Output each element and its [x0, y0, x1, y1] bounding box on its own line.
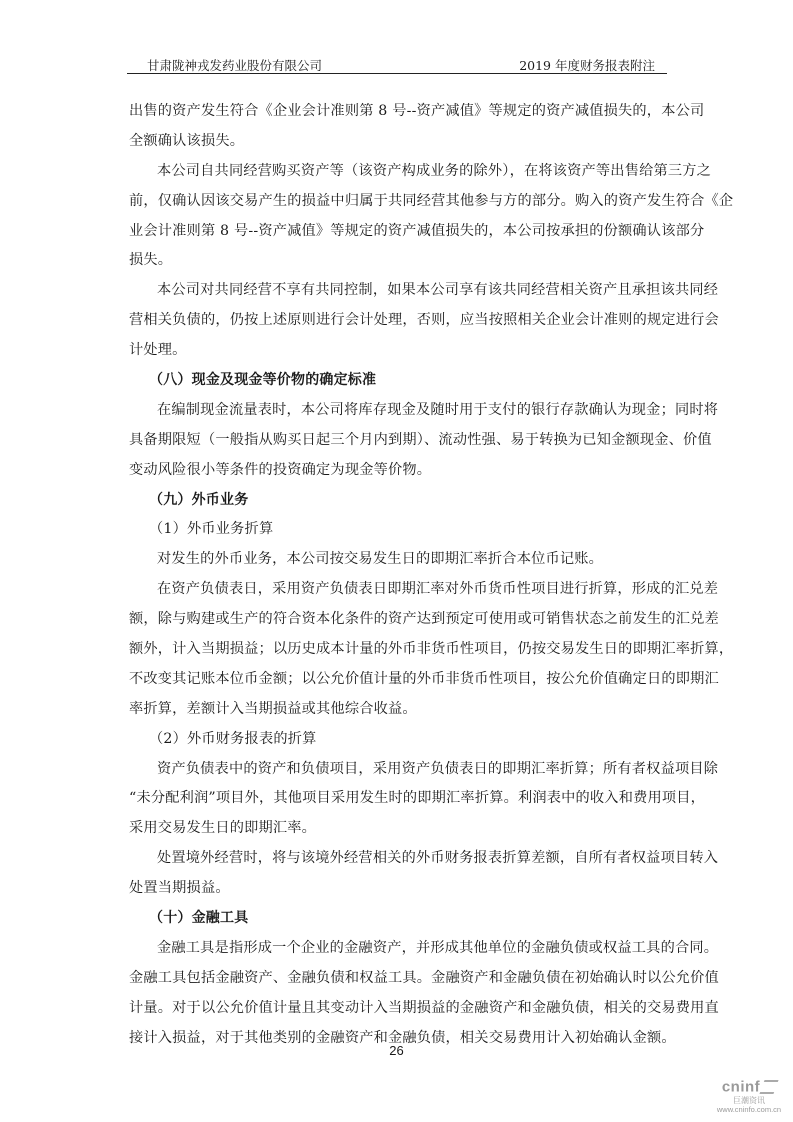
cninfo-url: www.cninfo.com.cn	[706, 1105, 792, 1114]
paragraph-line: 采用交易发生日的即期汇率。	[129, 814, 669, 844]
section-heading: （九）外币业务	[129, 486, 669, 516]
paragraph-line: 率折算，差额计入当期损益或其他综合收益。	[129, 695, 669, 725]
page-number: 26	[0, 1043, 793, 1058]
paragraph-line: 变动风险很小等条件的投资确定为现金等价物。	[129, 456, 669, 486]
paragraph-line: （1）外币业务折算	[129, 515, 669, 545]
paragraph-line: 本公司自共同经营购买资产等（该资产构成业务的除外），在将该资产等出售给第三方之	[129, 157, 669, 187]
paragraph-line: 出售的资产发生符合《企业会计准则第 8 号--资产减值》等规定的资产减值损失的，…	[129, 97, 669, 127]
paragraph-line: 金融工具包括金融资产、金融负债和权益工具。金融资产和金融负债在初始确认时以公允价…	[129, 964, 669, 994]
paragraph-line: （2）外币财务报表的折算	[129, 725, 669, 755]
page-header: 甘肃陇神戎发药业股份有限公司 2019 年度财务报表附注	[133, 52, 655, 74]
section-heading: （十）金融工具	[129, 904, 669, 934]
section-heading: （八）现金及现金等价物的确定标准	[129, 366, 669, 396]
paragraph-line: 业会计准则第 8 号--资产减值》等规定的资产减值损失的，本公司按承担的份额确认…	[129, 217, 669, 247]
cninfo-logo: cninf	[706, 1078, 792, 1096]
paragraph-line: 前，仅确认因该交易产生的损益中归属于共同经营其他参与方的部分。购入的资产发生符合…	[129, 187, 669, 217]
header-divider	[127, 73, 667, 74]
paragraph-line: 处置当期损益。	[129, 874, 669, 904]
paragraph-line: “未分配利润”项目外，其他项目采用发生时的即期汇率折算。利润表中的收入和费用项目…	[129, 784, 669, 814]
report-title: 2019 年度财务报表附注	[519, 56, 655, 74]
paragraph-line: 对发生的外币业务，本公司按交易发生日的即期汇率折合本位币记账。	[129, 545, 669, 575]
paragraph-line: 本公司对共同经营不享有共同控制，如果本公司享有该共同经营相关资产且承担该共同经	[129, 276, 669, 306]
paragraph-line: 额，除与购建或生产的符合资本化条件的资产达到预定可使用或可销售状态之前发生的汇兑…	[129, 605, 669, 635]
paragraph-line: 具备期限短（一般指从购买日起三个月内到期）、流动性强、易于转换为已知金额现金、价…	[129, 426, 669, 456]
cninf-brand-text: cninf	[722, 1079, 760, 1096]
document-body: 出售的资产发生符合《企业会计准则第 8 号--资产减值》等规定的资产减值损失的，…	[129, 97, 669, 1054]
paragraph-line: 处置境外经营时，将与该境外经营相关的外币财务报表折算差额，自所有者权益项目转入	[129, 844, 669, 874]
paragraph-line: 计量。对于以公允价值计量且其变动计入当期损益的金融资产和金融负债，相关的交易费用…	[129, 994, 669, 1024]
paragraph-line: 在资产负债表日，采用资产负债表日即期汇率对外币货币性项目进行折算，形成的汇兑差	[129, 575, 669, 605]
cninfo-watermark: cninf 巨潮资讯 www.cninfo.com.cn	[706, 1078, 792, 1114]
cninfo-logo-icon	[760, 1080, 779, 1094]
company-name: 甘肃陇神戎发药业股份有限公司	[147, 56, 322, 74]
paragraph-line: 全额确认该损失。	[129, 127, 669, 157]
paragraph-line: 资产负债表中的资产和负债项目，采用资产负债表日的即期汇率折算；所有者权益项目除	[129, 755, 669, 785]
paragraph-line: 在编制现金流量表时，本公司将库存现金及随时用于支付的银行存款确认为现金；同时将	[129, 396, 669, 426]
paragraph-line: 计处理。	[129, 336, 669, 366]
cninfo-cn-name: 巨潮资讯	[706, 1096, 792, 1105]
paragraph-line: 损失。	[129, 246, 669, 276]
paragraph-line: 金融工具是指形成一个企业的金融资产，并形成其他单位的金融负债或权益工具的合同。	[129, 934, 669, 964]
paragraph-line: 营相关负债的，仍按上述原则进行会计处理，否则，应当按照相关企业会计准则的规定进行…	[129, 306, 669, 336]
paragraph-line: 不改变其记账本位币金额；以公允价值计量的外币非货币性项目，按公允价值确定日的即期…	[129, 665, 669, 695]
paragraph-line: 额外，计入当期损益；以历史成本计量的外币非货币性项目，仍按交易发生日的即期汇率折…	[129, 635, 669, 665]
